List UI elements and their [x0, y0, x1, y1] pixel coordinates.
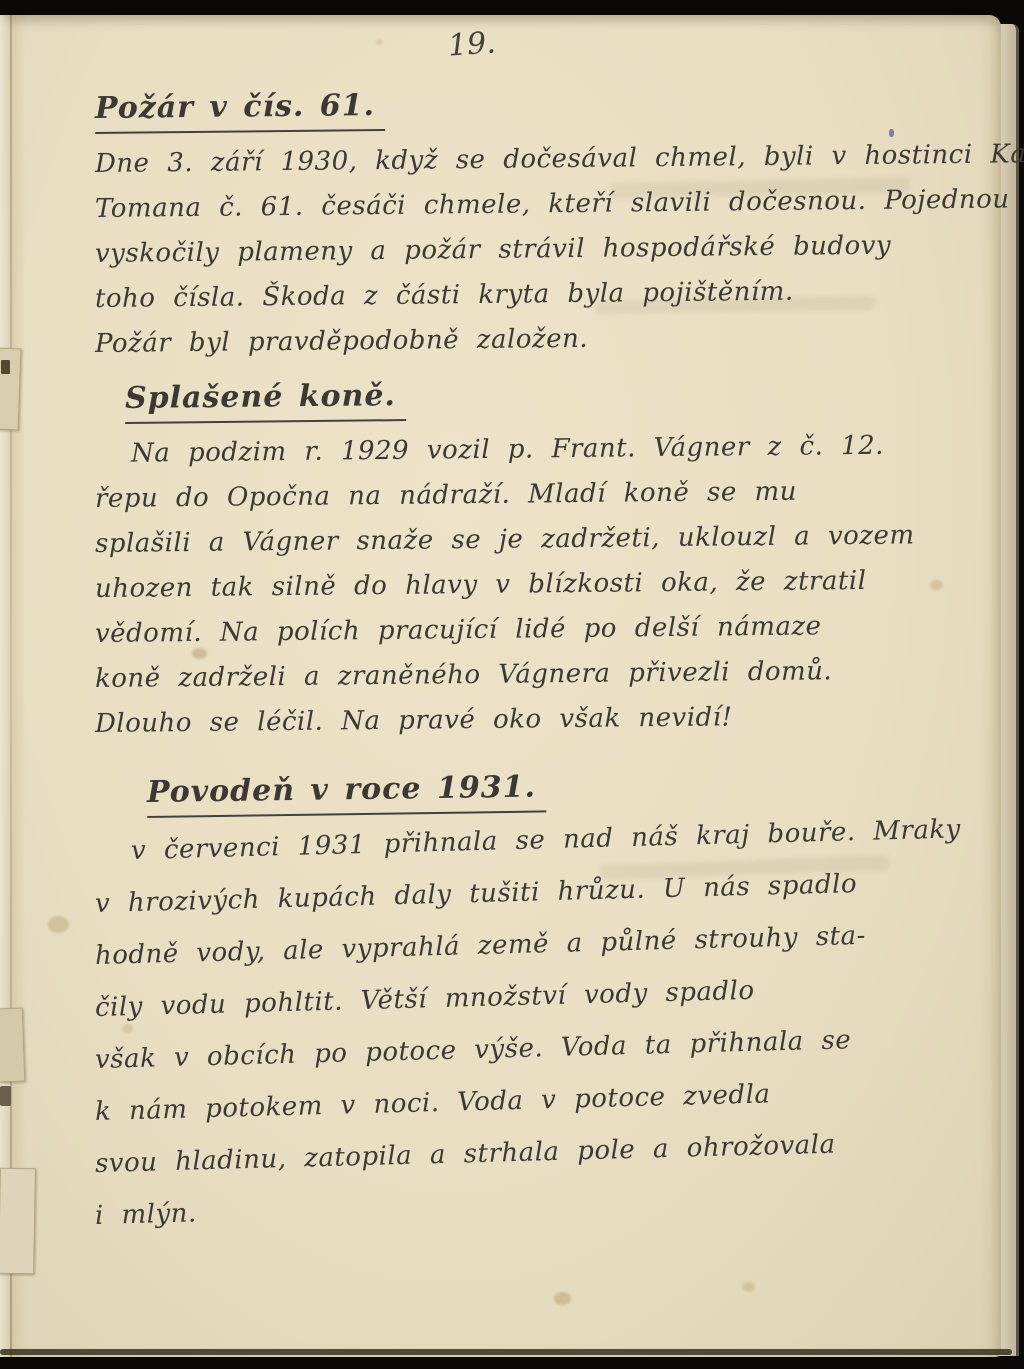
section-heading-horses: Splašené koně.	[125, 376, 406, 424]
handwritten-line: Dlouho se léčil. Na pravé oko však nevid…	[95, 693, 945, 747]
binding-tape	[0, 1008, 25, 1083]
paper-stain	[742, 1282, 755, 1292]
paper-sheet: 19. Požár v čís. 61. Dne 3. září 1930, k…	[0, 15, 1001, 1357]
handwritten-line: Požár byl pravděpodobně založen.	[95, 313, 945, 367]
section-heading-flood: Povodeň v roce 1931.	[147, 767, 547, 818]
section-heading-row: Splašené koně.	[125, 370, 945, 424]
binding-tape	[0, 1168, 36, 1275]
paper-stain	[554, 1292, 571, 1305]
binding-crease	[0, 15, 26, 1357]
binding-fragment	[0, 1086, 11, 1106]
binding-crease-line	[10, 15, 12, 1357]
section-flood: Povodeň v roce 1931. v červenci 1931 při…	[95, 773, 945, 1242]
page-bottom-edge	[0, 1349, 1012, 1355]
section-fire: Požár v čís. 61. Dne 3. září 1930, když …	[95, 89, 945, 367]
scanned-chronicle-page: 19. Požár v čís. 61. Dne 3. září 1930, k…	[0, 0, 1024, 1369]
paper-stain	[376, 39, 383, 45]
page-content: Požár v čís. 61. Dne 3. září 1930, když …	[95, 89, 945, 1242]
page-number: 19.	[447, 25, 497, 63]
section-heading-fire: Požár v čís. 61.	[95, 86, 385, 134]
section-heading-row: Požár v čís. 61.	[95, 80, 945, 134]
paper-stain	[48, 916, 69, 933]
section-horses: Splašené koně. Na podzim r. 1929 vozil p…	[95, 379, 945, 747]
binding-fragment	[1, 360, 10, 374]
